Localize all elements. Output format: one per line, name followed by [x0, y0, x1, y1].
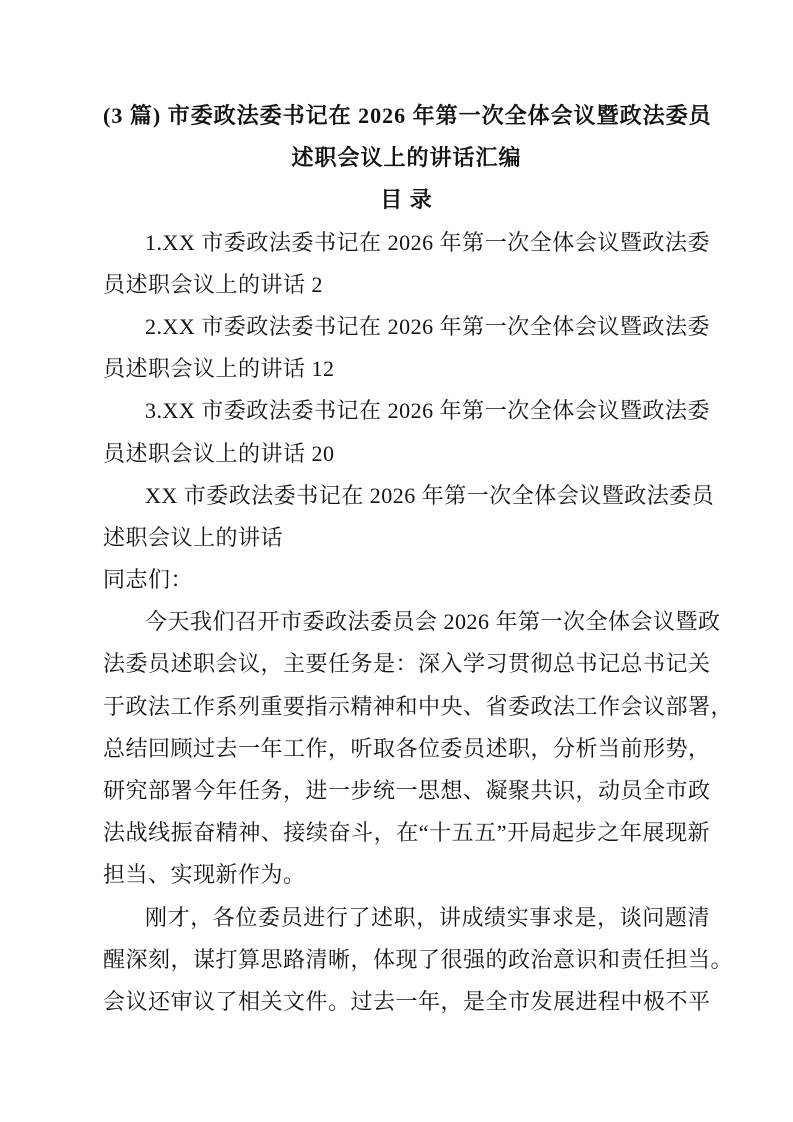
- paragraph-2-line-3: 会议还审议了相关文件。过去一年，是全市发展进程中极不平: [103, 981, 710, 1023]
- speech-heading-line-1: XX 市委政法委书记在 2026 年第一次全体会议暨政法委员: [103, 475, 710, 517]
- paragraph-2-line-1: 刚才，各位委员进行了述职，讲成绩实事求是，谈问题清: [103, 897, 710, 939]
- toc-entry-3-line-2: 员述职会议上的讲话 20: [103, 433, 710, 475]
- toc-entry-1-line-2: 员述职会议上的讲话 2: [103, 264, 710, 306]
- speech-heading-line-2: 述职会议上的讲话: [103, 517, 710, 559]
- doc-title-line-2: 述职会议上的讲话汇编: [103, 137, 710, 179]
- document-page: (3 篇) 市委政法委书记在 2026 年第一次全体会议暨政法委员 述职会议上的…: [0, 0, 793, 1122]
- paragraph-1-line-5: 研究部署今年任务，进一步统一思想、凝聚共识，动员全市政: [103, 770, 710, 812]
- paragraph-1-line-6: 法战线振奋精神、接续奋斗，在“十五五”开局起步之年展现新: [103, 812, 710, 854]
- doc-title-line-1: (3 篇) 市委政法委书记在 2026 年第一次全体会议暨政法委员: [103, 95, 710, 137]
- paragraph-1-line-1: 今天我们召开市委政法委员会 2026 年第一次全体会议暨政: [103, 601, 710, 643]
- paragraph-1-line-4: 总结回顾过去一年工作，听取各位委员述职，分析当前形势，: [103, 728, 710, 770]
- salutation: 同志们：: [103, 559, 710, 601]
- toc-entry-2-line-1: 2.XX 市委政法委书记在 2026 年第一次全体会议暨政法委: [103, 306, 710, 348]
- paragraph-1-line-7: 担当、实现新作为。: [103, 854, 710, 896]
- toc-heading: 目 录: [103, 179, 710, 221]
- paragraph-2-line-2: 醒深刻，谋打算思路清晰，体现了很强的政治意识和责任担当。: [103, 939, 710, 981]
- toc-entry-3-line-1: 3.XX 市委政法委书记在 2026 年第一次全体会议暨政法委: [103, 390, 710, 432]
- paragraph-1-line-2: 法委员述职会议，主要任务是：深入学习贯彻总书记总书记关: [103, 643, 710, 685]
- toc-entry-1-line-1: 1.XX 市委政法委书记在 2026 年第一次全体会议暨政法委: [103, 222, 710, 264]
- paragraph-1-line-3: 于政法工作系列重要指示精神和中央、省委政法工作会议部署，: [103, 686, 710, 728]
- toc-entry-2-line-2: 员述职会议上的讲话 12: [103, 348, 710, 390]
